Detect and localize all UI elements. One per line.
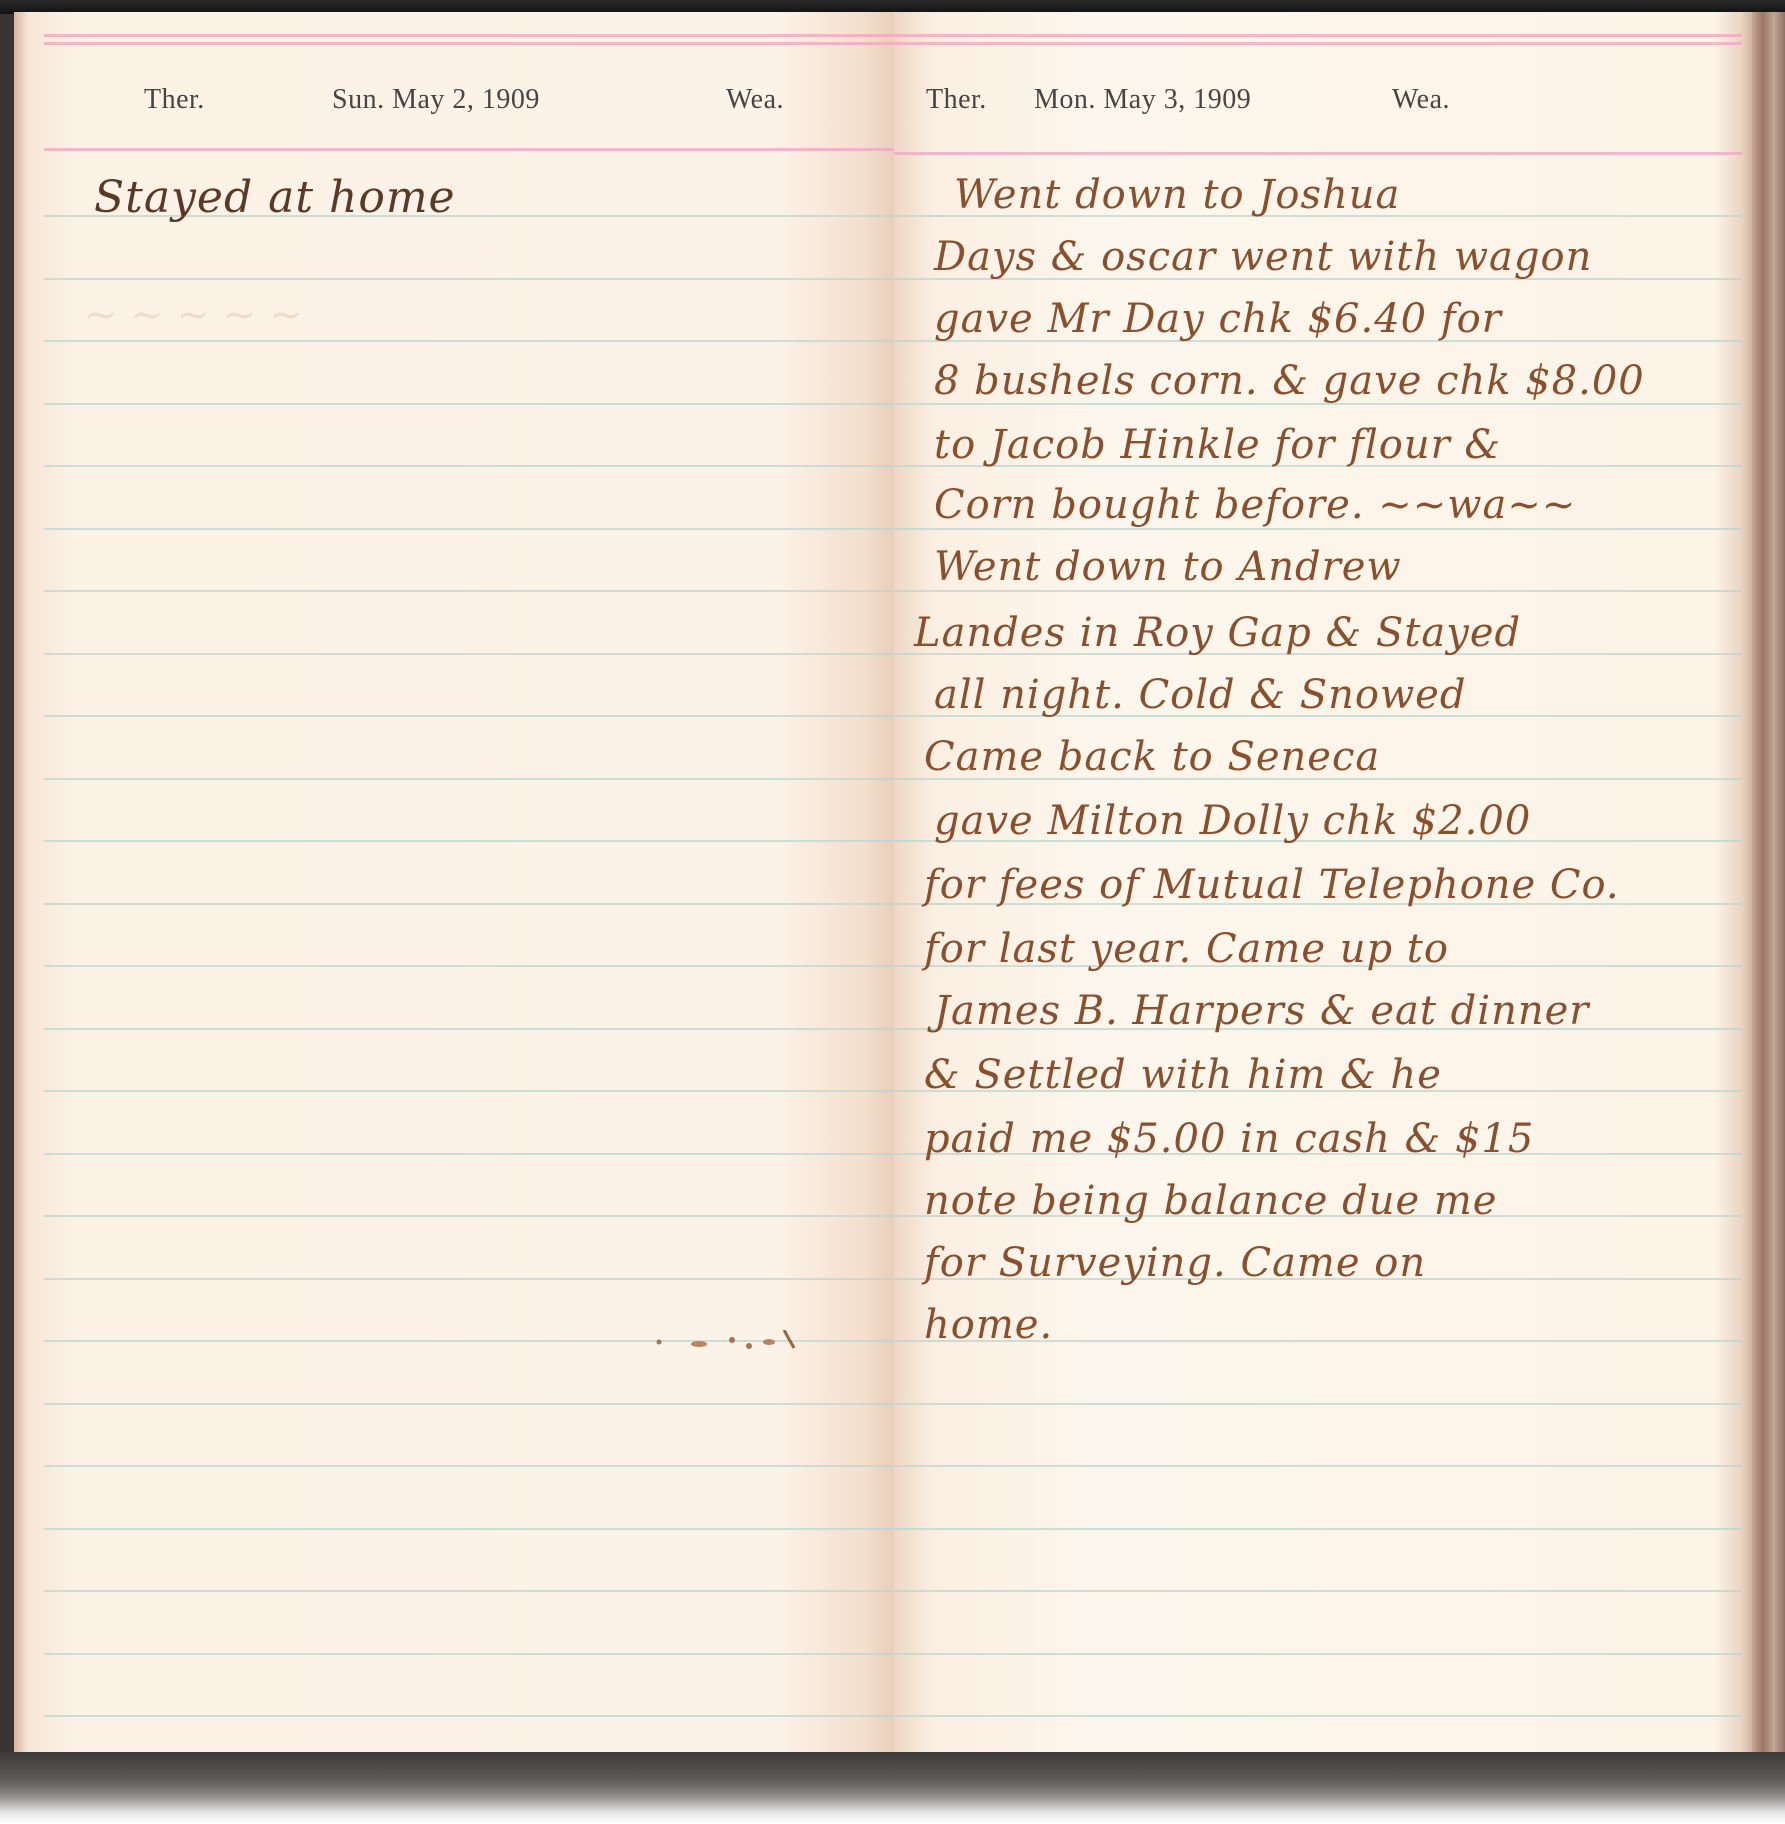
ruled-line bbox=[44, 840, 894, 842]
ruled-line bbox=[44, 1403, 894, 1405]
thermometer-label: Ther. bbox=[926, 84, 987, 116]
book-cover-bottom bbox=[0, 1752, 1785, 1824]
entry-line: Corn bought before. ~~wa~~ bbox=[934, 482, 1576, 528]
ruled-line bbox=[894, 528, 1742, 530]
entry-line: & Settled with him & he bbox=[924, 1052, 1442, 1098]
entry-top-rule bbox=[44, 148, 894, 151]
diary-book: Ther. Sun. May 2, 1909 Wea. Stayed at ho… bbox=[0, 0, 1785, 1824]
entry-line: paid me $5.00 in cash & $15 bbox=[924, 1116, 1534, 1162]
weather-label: Wea. bbox=[1392, 84, 1450, 116]
entry-line: James B. Harpers & eat dinner bbox=[934, 988, 1589, 1034]
entry-line: for last year. Came up to bbox=[924, 926, 1449, 972]
entry-top-rule bbox=[894, 152, 1742, 155]
entry-line: note being balance due me bbox=[924, 1178, 1497, 1224]
ruled-line bbox=[894, 1715, 1742, 1717]
entry-line: for Surveying. Came on bbox=[924, 1240, 1426, 1286]
left-page: Ther. Sun. May 2, 1909 Wea. Stayed at ho… bbox=[14, 12, 894, 1752]
ruled-line bbox=[894, 1653, 1742, 1655]
entry-line: gave Mr Day chk $6.40 for bbox=[934, 296, 1502, 342]
ruled-line bbox=[44, 1528, 894, 1530]
ruled-line bbox=[44, 778, 894, 780]
ruled-line bbox=[44, 528, 894, 530]
ruled-line bbox=[44, 1153, 894, 1155]
ruled-line bbox=[44, 1028, 894, 1030]
bleed-through-text: ~ ~ ~ ~ ~ bbox=[84, 292, 302, 338]
weather-label: Wea. bbox=[726, 84, 784, 116]
ruled-line bbox=[44, 278, 894, 280]
thermometer-label: Ther. bbox=[144, 84, 205, 116]
entry-line: 8 bushels corn. & gave chk $8.00 bbox=[934, 358, 1645, 404]
ruled-line bbox=[44, 903, 894, 905]
entry-line: for fees of Mutual Telephone Co. bbox=[924, 862, 1620, 908]
entry-line: Came back to Seneca bbox=[924, 734, 1380, 780]
ruled-line bbox=[894, 590, 1742, 592]
ruled-line bbox=[44, 1715, 894, 1717]
ruled-line bbox=[894, 1403, 1742, 1405]
entry-line: Landes in Roy Gap & Stayed bbox=[914, 610, 1521, 656]
ruled-line bbox=[44, 465, 894, 467]
ruled-line bbox=[44, 1465, 894, 1467]
ruled-line bbox=[44, 715, 894, 717]
ruled-line bbox=[44, 1215, 894, 1217]
ruled-line bbox=[44, 965, 894, 967]
entry-line: to Jacob Hinkle for flour & bbox=[934, 422, 1501, 468]
entry-line: Went down to Joshua bbox=[954, 172, 1400, 218]
ruled-line bbox=[894, 1590, 1742, 1592]
entry-line: Days & oscar went with wagon bbox=[934, 234, 1592, 280]
ruled-line bbox=[44, 1278, 894, 1280]
entry-line: Went down to Andrew bbox=[934, 544, 1402, 590]
page-date: Sun. May 2, 1909 bbox=[332, 84, 540, 116]
header-rule bbox=[894, 34, 1742, 37]
entry-line: home. bbox=[924, 1302, 1053, 1348]
entry-line: Stayed at home bbox=[94, 172, 456, 223]
ruled-line bbox=[44, 1590, 894, 1592]
ruled-line bbox=[44, 590, 894, 592]
ruled-line bbox=[894, 1528, 1742, 1530]
ruled-line bbox=[44, 1653, 894, 1655]
ruled-line bbox=[44, 653, 894, 655]
ink-blot bbox=[654, 1330, 804, 1350]
ruled-line bbox=[894, 1465, 1742, 1467]
ruled-line bbox=[44, 1090, 894, 1092]
entry-line: all night. Cold & Snowed bbox=[934, 672, 1466, 718]
header-rule bbox=[44, 34, 894, 37]
ruled-line bbox=[44, 340, 894, 342]
page-date: Mon. May 3, 1909 bbox=[1034, 84, 1251, 116]
header-rule bbox=[44, 42, 894, 45]
entry-line: gave Milton Dolly chk $2.00 bbox=[934, 798, 1531, 844]
ruled-line bbox=[44, 403, 894, 405]
header-rule bbox=[894, 42, 1742, 45]
right-page: Ther. Mon. May 3, 1909 Wea. Went down to… bbox=[894, 12, 1760, 1752]
page-stack-edge bbox=[1752, 12, 1785, 1752]
